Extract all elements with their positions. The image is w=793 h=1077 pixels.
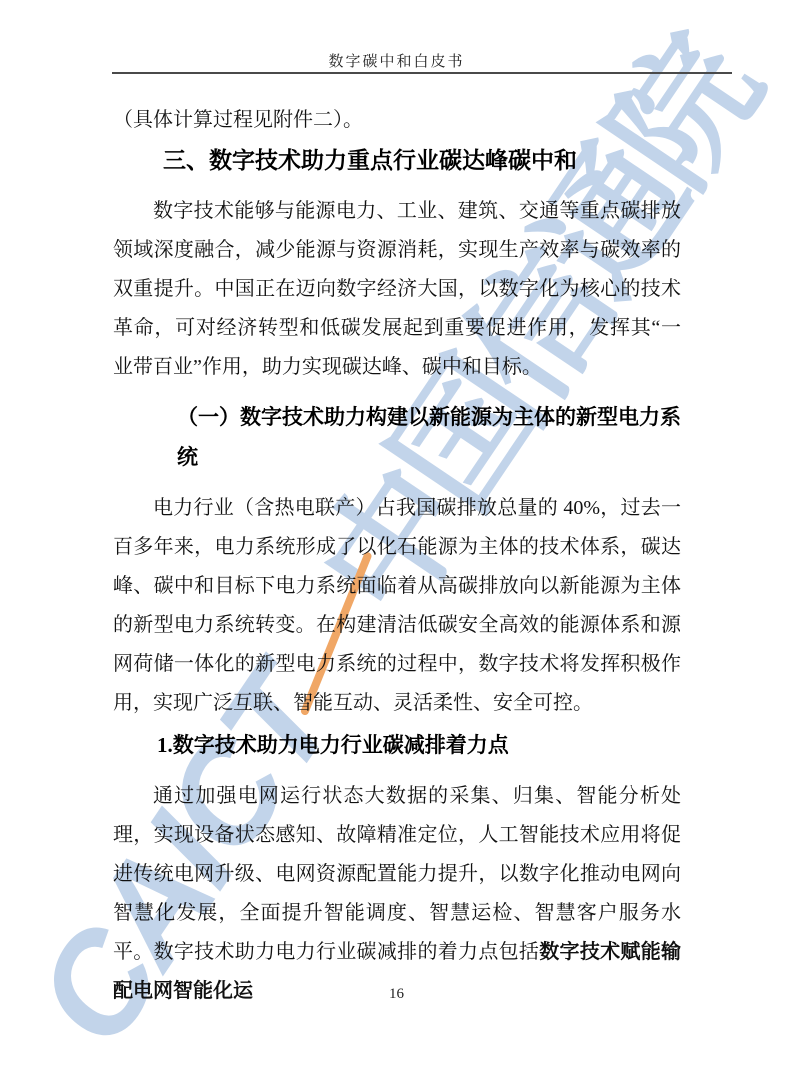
point-heading: 1.数字技术助力电力行业碳减排着力点 <box>113 725 681 765</box>
document-page: CAICT 中国信通院 数字碳中和白皮书 （具体计算过程见附件二）。 三、数字技… <box>0 0 793 1077</box>
page-header-title: 数字碳中和白皮书 <box>0 50 793 71</box>
section-heading: 三、数字技术助力重点行业碳达峰碳中和 <box>113 140 681 180</box>
subsection-heading: （一）数字技术助力构建以新能源为主体的新型电力系统 <box>113 397 681 477</box>
page-number: 16 <box>0 986 793 1003</box>
paragraph-1: 数字技术能够与能源电力、工业、建筑、交通等重点碳排放领域深度融合，减少能源与资源… <box>113 192 681 387</box>
document-content: （具体计算过程见附件二）。 三、数字技术助力重点行业碳达峰碳中和 数字技术能够与… <box>113 100 681 1011</box>
intro-line: （具体计算过程见附件二）。 <box>113 100 681 140</box>
paragraph-3: 通过加强电网运行状态大数据的采集、归集、智能分析处理，实现设备状态感知、故障精准… <box>113 777 681 1011</box>
paragraph-2: 电力行业（含热电联产）占我国碳排放总量的 40%，过去一百多年来，电力系统形成了… <box>113 489 681 723</box>
paragraph-3-normal: 通过加强电网运行状态大数据的采集、归集、智能分析处理，实现设备状态感知、故障精准… <box>113 785 681 963</box>
header-divider <box>112 72 732 74</box>
